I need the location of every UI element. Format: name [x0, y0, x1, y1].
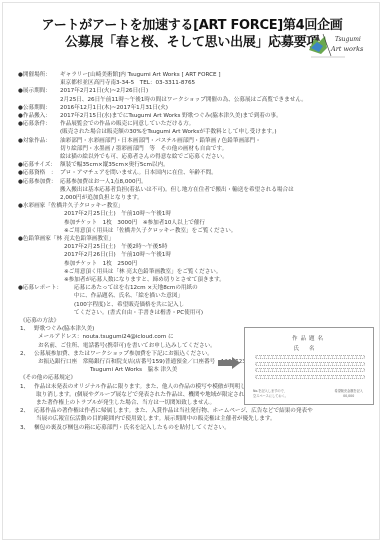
- svg-text:Art works: Art works: [330, 45, 364, 53]
- method-number: 1、: [20, 326, 29, 333]
- workshop-detail: 2017年2月25日(土) 午後2時～午後5時: [64, 244, 168, 251]
- report-form-example: 作品題名 氏名 No.を記入しますので、空スペースにしておく。 希望販売金額を記…: [244, 327, 374, 405]
- detail-label: ●対象作品：: [18, 138, 51, 145]
- detail-value: 絵は猫の絵以外でも可、応募者さんの得意な絵でご応募ください。: [60, 154, 228, 161]
- detail-value: 作品展覧会での作品の販売に同意していただける方。: [60, 121, 194, 128]
- detail-value: (販売された場合は販売額の30%をTsugumi Art Worksが手数料とし…: [60, 129, 277, 136]
- workshop-title: ●水彩画家「佐橋井久子クロッキー教室」: [18, 203, 123, 210]
- rules-detail: 梱包の裏及び梱包の箱に応募部門・氏名を記入したものを貼付してください。: [34, 425, 230, 432]
- detail-value: 東京都杉並区高円寺南3-34-5 TEL：03-3311-8765: [60, 80, 195, 87]
- detail-value: 油彩部門・水彩画部門・日本画部門・パステル画部門・鉛筆画 / 色鉛筆画部門・: [60, 138, 261, 145]
- detail-label: ●応募資格 ：: [18, 170, 56, 177]
- detail-value: 2016年12月1日(木)~2017年1月31日(火): [60, 105, 168, 112]
- form-card-note-right: 希望販売金額を記入00,000: [334, 389, 363, 398]
- detail-value: 2月25日、26日午前11時～午後1時の間はワークショップ開催の為、公募展はご高…: [60, 97, 307, 104]
- detail-label: ●公募期間：: [18, 105, 51, 112]
- workshop-detail: 参加チケット 1枚 3000円 ※参加者10人以上で催行: [64, 220, 205, 227]
- report-detail: 応募にあたってはを右12cm ×天地8cmの用紙の: [74, 285, 198, 292]
- form-card-note-left: No.を記入しますので、空スペースにしておく。: [253, 389, 288, 398]
- workshop-detail: 2017年2月25日(土) 午前10時～午後1時: [64, 211, 171, 218]
- method-detail: お振込銀行口座 常陽銀行百和院支店(店番号159)普通預金／口座番号 12696…: [38, 359, 246, 366]
- detail-value: 応募参加費はお一人1点8,000円。: [60, 179, 147, 186]
- detail-value: 切り絵部門・水墨画 / 墨彩画部門 等 その他の画材も自由です。: [60, 146, 227, 153]
- workshop-detail: 参加チケット 1枚 2500円: [64, 261, 137, 268]
- detail-label: ●応募サイズ：: [18, 162, 56, 169]
- report-detail: (100字程度)と、希望販売価格を共に記入し: [74, 302, 184, 309]
- method-detail: 公募展参加費、またはワークショップ参加費を下記にお振込ください。: [34, 351, 213, 358]
- detail-value: ギャラリー[山崎美術館]内 Tsugumi Art Works [ ART FO…: [60, 72, 221, 79]
- method-number: 2、: [20, 351, 29, 358]
- detail-label: ●応募条件：: [18, 121, 51, 128]
- arrow-right-icon: [218, 354, 240, 366]
- rules-number: 1、: [20, 384, 29, 391]
- rules-detail: 応募作品の著作権は作者に帰属します。また、入賞作品は当社発行物、ホームページ、広…: [34, 408, 313, 415]
- form-card-text-rows: [255, 355, 365, 381]
- form-card-name: 氏名: [245, 344, 373, 352]
- method-detail: Tsugumi Art Works 脇本 津久美: [90, 367, 177, 374]
- workshop-detail: 2017年2月26日(日) 午前10時～午後1時: [64, 252, 171, 259]
- report-label: ●応募レポート：: [18, 285, 62, 292]
- method-detail: お名前、ご住所、電話番号(携帯可)を書いてお申し込みしてください。: [38, 343, 216, 350]
- detail-value: 額装で幅35cm×縦35cm×奥行5cm以内。: [60, 162, 169, 169]
- svg-text:Tsugumi: Tsugumi: [335, 36, 361, 43]
- detail-value: プロ・アマチュアを問いません。日本国内に在住、年齢不問。: [60, 170, 217, 177]
- workshop-detail: ※ご用意頂く用具は「林 亮太色鉛筆画教室」をご覧ください。: [64, 269, 222, 276]
- rules-detail: 当展の広報宣伝活動の目的範囲内で使用致します。展示期間中の販売権は主催者が優先し…: [36, 416, 276, 423]
- detail-value: 2017年2月21日(火)~2月26日(日): [60, 88, 148, 95]
- method-heading: 《応募の方法》: [20, 318, 59, 325]
- rules-number: 3、: [20, 425, 29, 432]
- logo-cat-icon: Tsugumi Art works: [305, 30, 371, 62]
- detail-value: 2,000円が追加負担となります。: [60, 195, 143, 202]
- form-card-title: 作品題名: [245, 334, 373, 342]
- tsugumi-art-works-logo: Tsugumi Art works: [305, 30, 371, 62]
- detail-label: ●作品搬入：: [18, 113, 51, 120]
- detail-label: ●開催場所：: [18, 72, 51, 79]
- rules-heading: 《その他の応募規定》: [20, 375, 76, 382]
- rules-detail: また著作権上のトラブルが発生した場合、当方は一切関知致しません。: [36, 400, 215, 407]
- workshop-title: ●色鉛筆画家「林 亮太色鉛筆画教室」: [18, 236, 114, 243]
- rules-number: 2、: [20, 408, 29, 415]
- workshop-detail: ※ご用意頂く用具は「佐橋井久子クロッキー教室」をご覧ください。: [64, 228, 236, 235]
- report-detail: 中に、作品題名、氏名、「絵を描いた意図」: [74, 293, 183, 300]
- detail-value: 2017年2月15日(水)までにTsugumi Art Works 野歌つぐみ(…: [60, 113, 282, 120]
- detail-label: ●展示期間：: [18, 88, 51, 95]
- workshop-detail: ※参加者が応募人数になりますと、締め切りとさせて頂きます。: [64, 277, 225, 284]
- detail-value: 搬入搬出は基本応募者負担(着払いは不可)。但し地方在住者で搬出・輸送を希望される…: [60, 187, 294, 194]
- method-detail: メールアドレス：nouta.tsugumi24@icloud.com に: [38, 334, 174, 341]
- report-detail: てください。(書式自由・手書きは楷書・PC使用可): [74, 310, 203, 317]
- detail-label: ●応募参加費：: [18, 179, 56, 186]
- method-detail: 野歌つぐみ(脇本津久美): [34, 326, 94, 333]
